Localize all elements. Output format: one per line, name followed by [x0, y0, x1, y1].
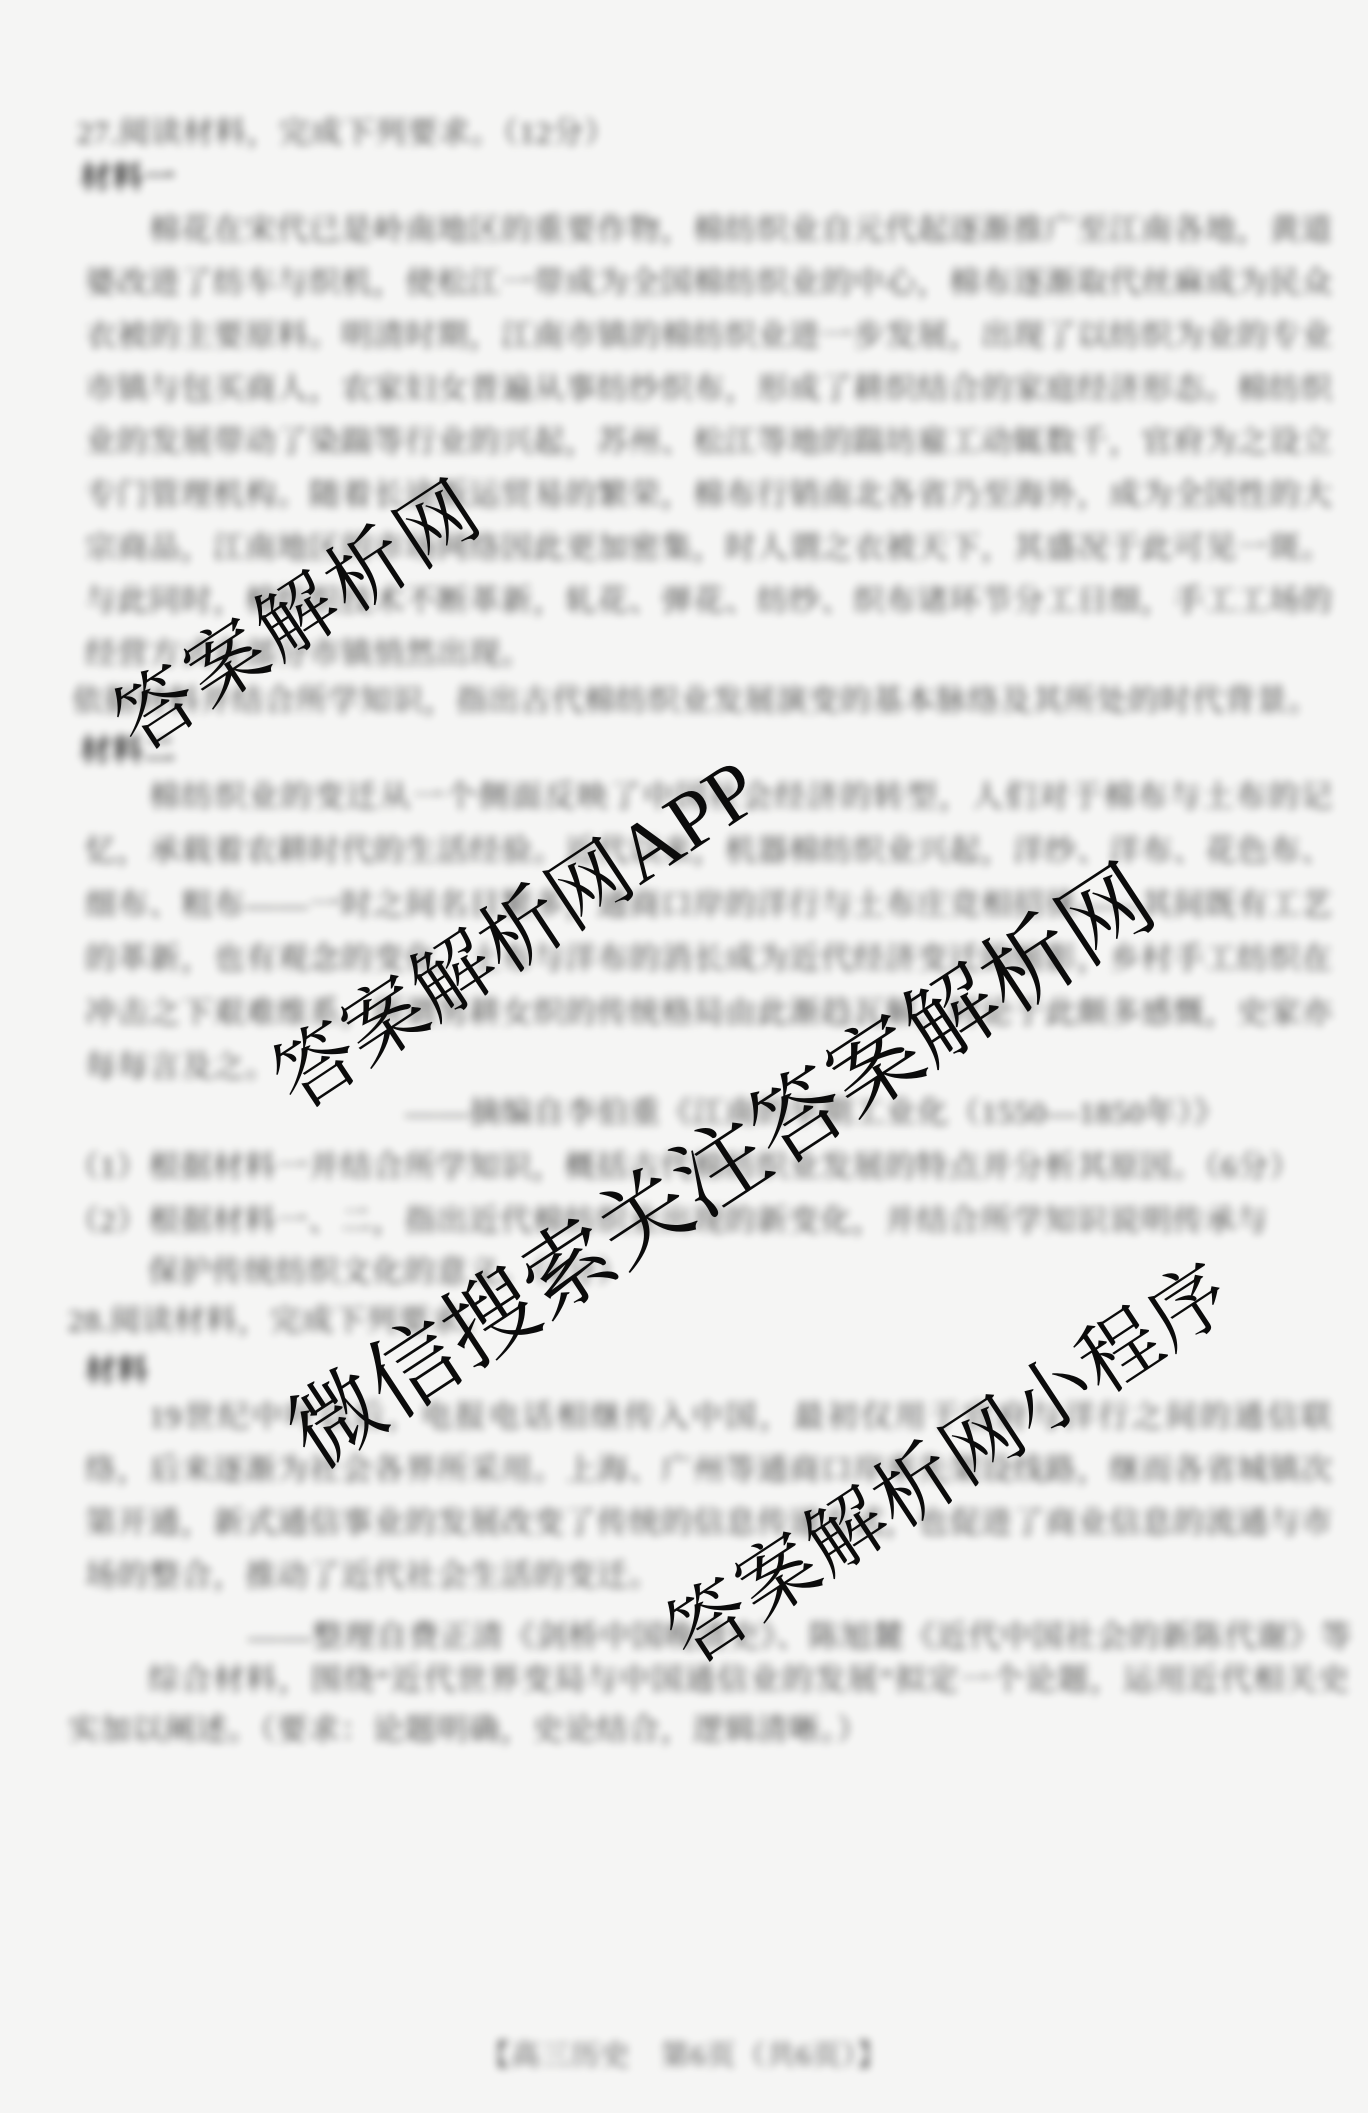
exam-page-scan: 27.阅读材料，完成下列要求。（12分） 材料一 棉花在宋代已是岭南地区的重要作…	[0, 0, 1368, 2113]
material-1-label: 材料一	[80, 151, 176, 204]
footer-page-label: 【高三历史 第6页（共6页）】	[0, 2030, 1368, 2083]
question-27-heading: 27.阅读材料，完成下列要求。（12分）	[77, 106, 1357, 159]
sub-question-2-line-2: 保护传统纺织文化的意义。（6分）	[148, 1245, 1248, 1298]
